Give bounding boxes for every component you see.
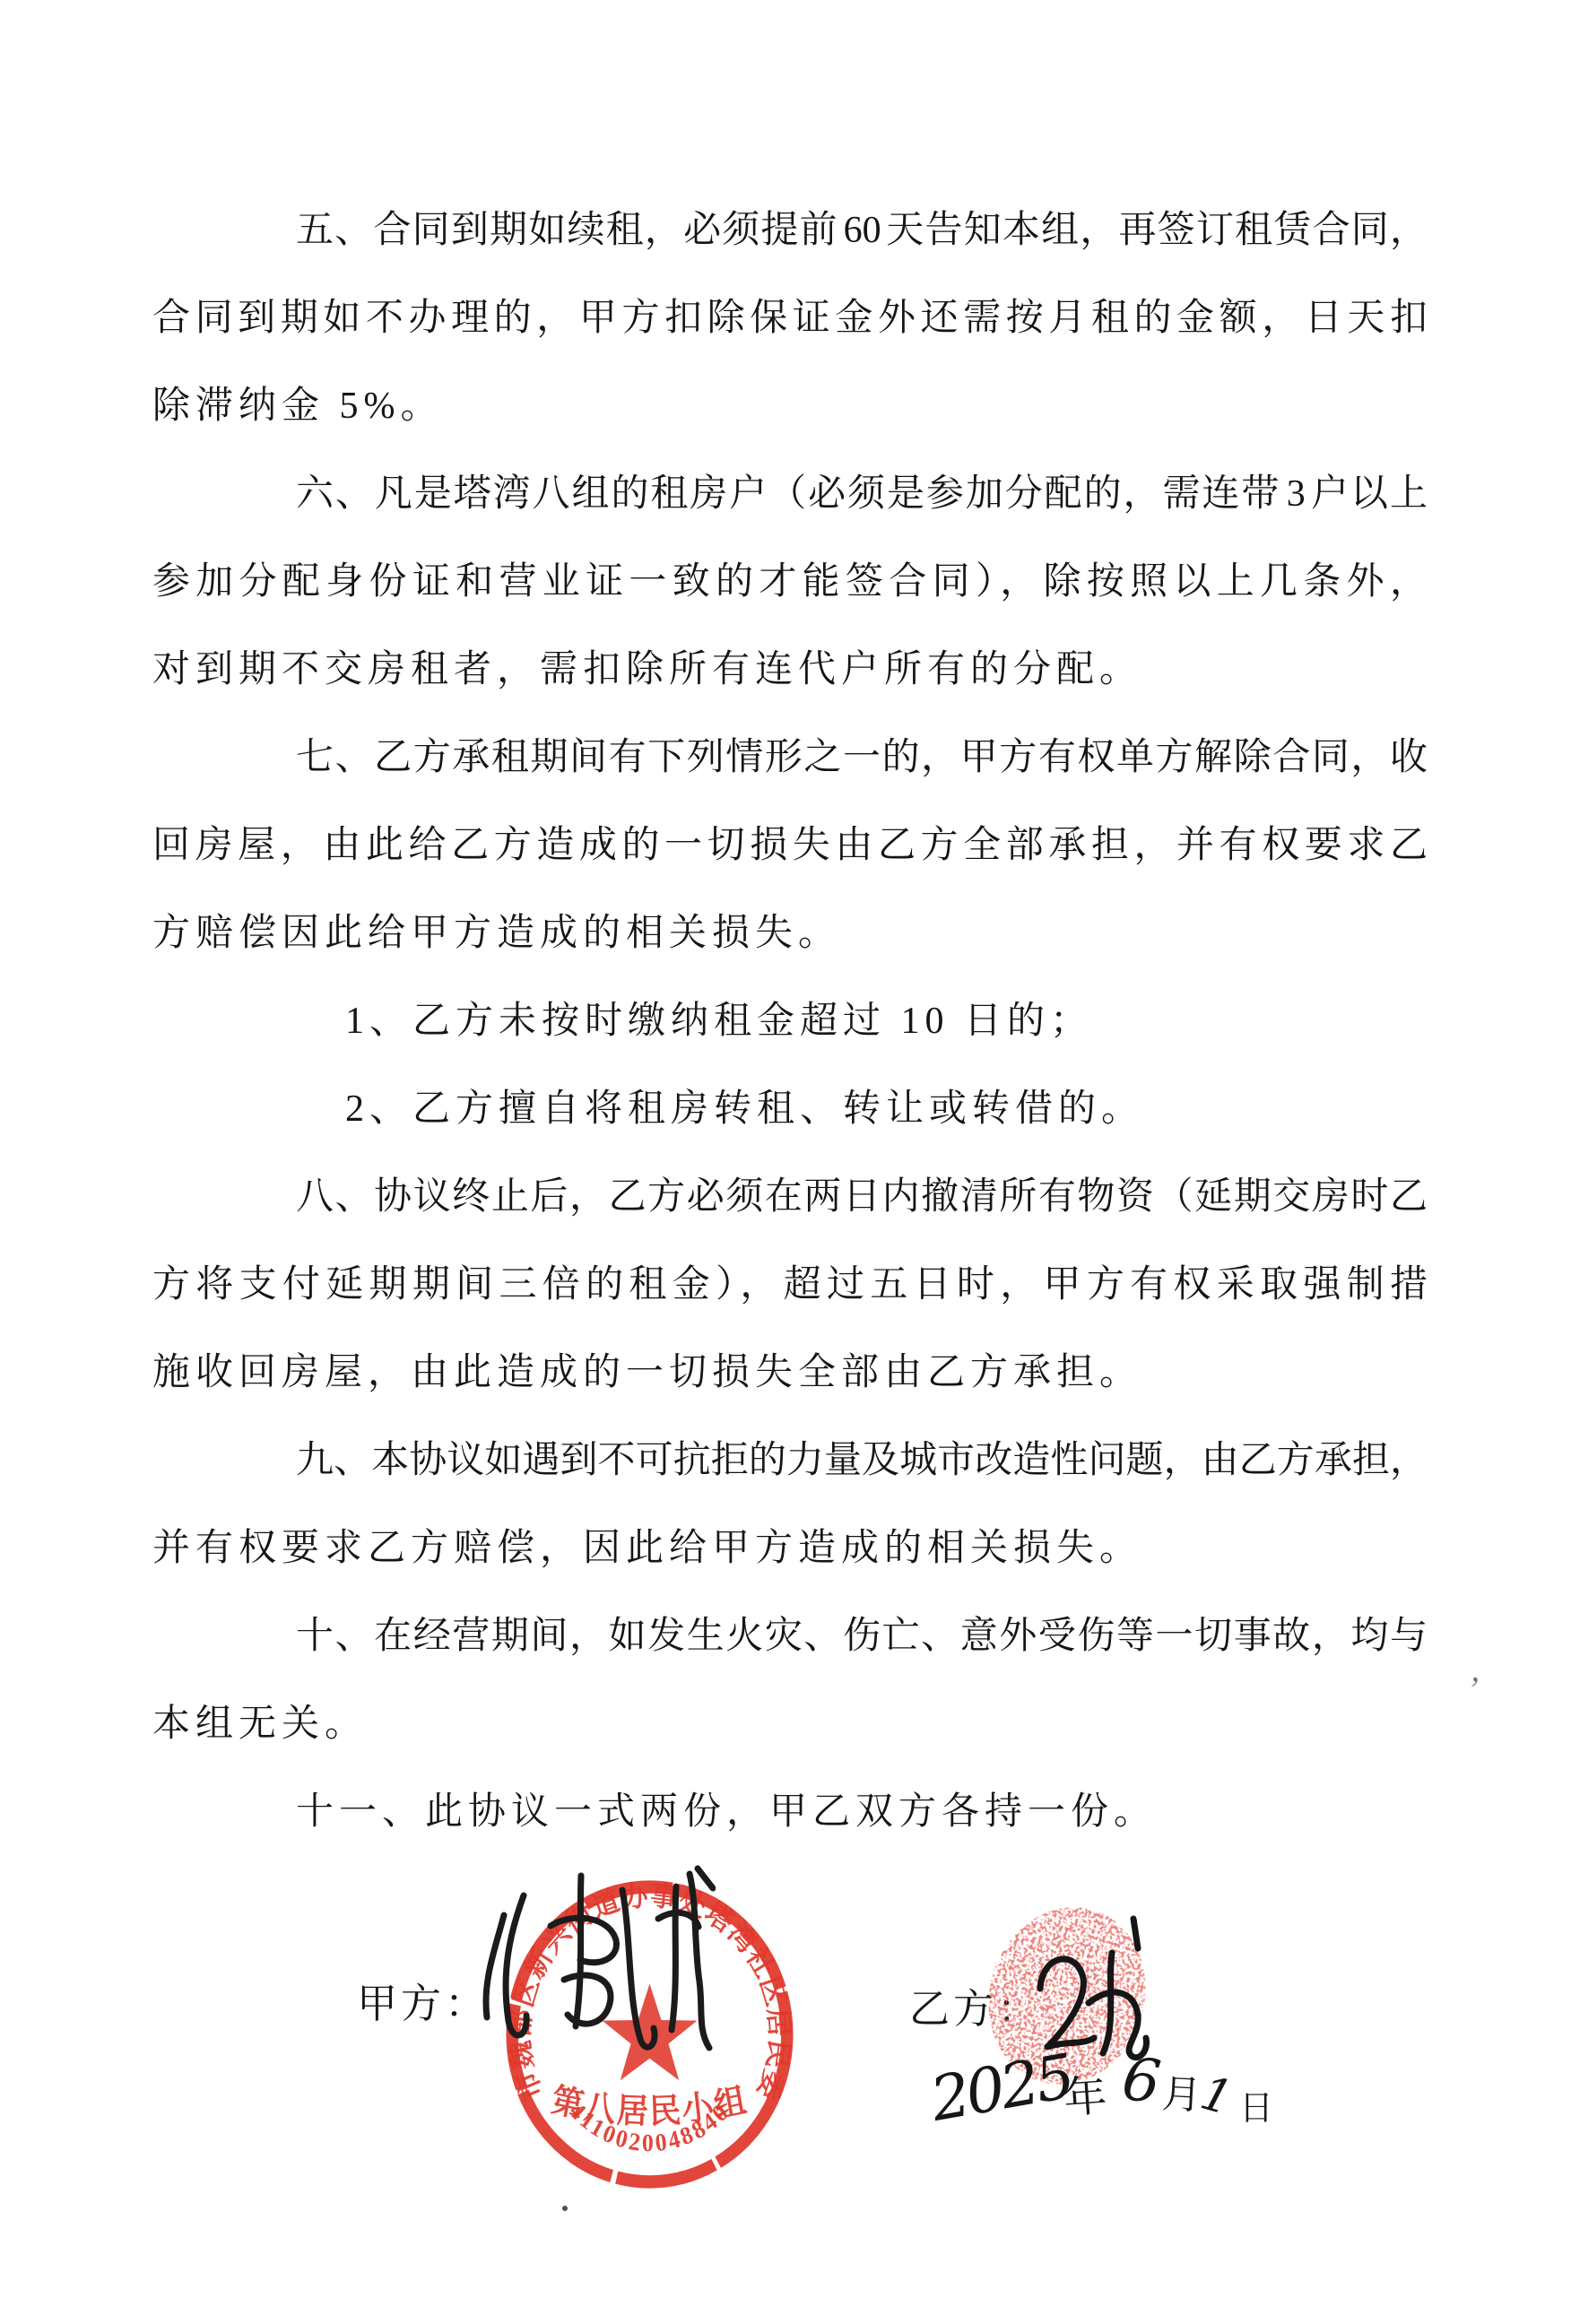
clause-line: 九、本协议如遇到不可抗拒的力量及城市改造性问题，由乙方承担， <box>152 1417 1428 1505</box>
sub-item-line: 2、乙方擅自将租房转租、转让或转借的。 <box>152 1065 1428 1153</box>
clause-line: 七、乙方承租期间有下列情形之一的，甲方有权单方解除合同，收 <box>152 714 1428 802</box>
clause-line: 施收回房屋，由此造成的一切损失全部由乙方承担。 <box>152 1329 1428 1417</box>
clause-line: 并有权要求乙方赔偿，因此给甲方造成的相关损失。 <box>152 1505 1428 1592</box>
scan-artifact-dot <box>562 2206 568 2211</box>
clause-line: 回房屋，由此给乙方造成的一切损失由乙方全部承担，并有权要求乙 <box>152 802 1428 889</box>
clause-line: 除滞纳金 5%。 <box>152 362 1428 450</box>
date-year-unit: 年 <box>1062 2060 1109 2125</box>
scan-artifact-mark: ， <box>1469 1645 1506 1694</box>
clause-line: 方赔偿因此给甲方造成的相关损失。 <box>152 889 1428 977</box>
date-day-unit: 日 <box>1239 2080 1273 2129</box>
clause-line: 六、凡是塔湾八组的租房户（必须是参加分配的，需连带 3 户以上 <box>152 450 1428 538</box>
scan-artifact-dot <box>602 841 606 845</box>
party-a-signature-handwriting <box>473 1863 716 2074</box>
sub-item-line: 1、乙方未按时缴纳租金超过 10 日的； <box>152 977 1428 1065</box>
date-year: 2025 <box>925 2042 1076 2136</box>
clause-line: 八、协议终止后，乙方必须在两日内撤清所有物资（延期交房时乙 <box>152 1153 1428 1241</box>
clause-line: 参加分配身份证和营业证一致的才能签合同），除按照以上几条外， <box>152 538 1428 626</box>
contract-body: 五、合同到期如续租，必须提前 60 天告知本组，再签订租赁合同， 合同到期如不办… <box>152 186 1428 1856</box>
clause-line: 对到期不交房租者，需扣除所有连代户所有的分配。 <box>152 626 1428 714</box>
clause-line: 五、合同到期如续租，必须提前 60 天告知本组，再签订租赁合同， <box>152 186 1428 274</box>
clause-line: 十、在经营期间，如发生火灾、伤亡、意外受伤等一切事故，均与 <box>152 1592 1428 1680</box>
clause-line: 方将支付延期期间三倍的租金），超过五日时，甲方有权采取强制措 <box>152 1241 1428 1329</box>
party-a-label: 甲方： <box>357 1971 489 2029</box>
clause-line: 本组无关。 <box>152 1680 1428 1768</box>
clause-line: 合同到期如不办理的，甲方扣除保证金外还需按月租的金额，日天扣 <box>152 274 1428 362</box>
contract-page: 五、合同到期如续租，必须提前 60 天告知本组，再签订租赁合同， 合同到期如不办… <box>0 0 1571 2324</box>
clause-line: 十一、此协议一式两份，甲乙双方各持一份。 <box>152 1768 1428 1856</box>
